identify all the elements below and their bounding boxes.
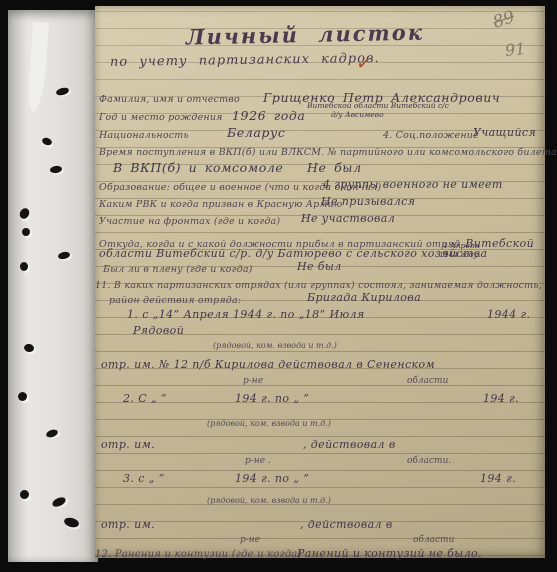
pencil-page-number: 91: [504, 39, 526, 60]
document-subtitle: по учету партизанских кадров.: [110, 51, 375, 70]
entry3-detail-post: , действовал в: [300, 518, 393, 531]
service-label-line2: район действия отряда:: [109, 295, 241, 306]
field-party-prefix: В ВКП(б) и комсомоле: [113, 160, 283, 175]
field-wounds-value: Ранений и контузий не было.: [297, 547, 482, 560]
field-birth-value: 1926 года: [232, 108, 305, 123]
entry3-period2: 194 г. по „ ”: [235, 472, 309, 485]
binding-hole: [19, 489, 30, 500]
field-name-label: Фамилия, имя и отчество: [99, 94, 240, 105]
binding-hole: [41, 137, 53, 147]
document-title: Личный листок: [175, 19, 435, 49]
red-check-mark: ✓: [356, 53, 372, 74]
binding-hole: [50, 165, 63, 174]
entry3-detail-pre: отр. им.: [101, 518, 155, 531]
binding-hole: [57, 251, 70, 260]
entry1-position-hint: (рядовой, ком. взвода и т.д.): [213, 341, 337, 350]
entry1-year: 1944 г.: [487, 308, 530, 321]
entry1-region: области: [407, 376, 448, 386]
entry2-detail-post: , действовал в: [303, 438, 396, 451]
entry2-period2: 194 г. по „ ”: [235, 392, 309, 405]
field-arrival-value2: области Витебский с/р. д/у Батюрево с се…: [99, 247, 487, 260]
field-front-value: Не участвовал: [301, 212, 395, 225]
field-social-label: 4. Соц.положение: [383, 130, 479, 141]
field-education-value: 4 группы военного не имеет: [323, 178, 503, 191]
binding-hole: [18, 392, 27, 401]
service-label-line1: 11. В каких партизанских отрядах (или гр…: [95, 280, 542, 291]
entry1-position: Рядовой: [133, 324, 184, 337]
binding-hole: [23, 343, 34, 353]
document-page: Личный листок по учету партизанских кадр…: [95, 6, 545, 558]
field-birth-note2: д/у Авсимево: [331, 110, 384, 119]
entry2-position-hint: (рядовой, ком. взвода и т.д.): [207, 419, 331, 428]
entry2-period: 2. С „ ”: [123, 392, 167, 405]
entry2-detail-pre: отр. им.: [101, 438, 155, 451]
field-birth-note1: Витебской области Витебский с/с: [307, 101, 449, 110]
field-party-value: Не был: [307, 160, 362, 175]
binding-hole: [20, 262, 28, 271]
entry1-detail: отр. им. № 12 п/б Кирилова действовал в …: [101, 358, 435, 371]
entry2-district: р-не .: [245, 456, 271, 466]
field-arrival-date2: 1944 году.: [439, 250, 480, 259]
field-party-label: Время поступления в ВКП(б) или ВЛКСМ. № …: [99, 147, 557, 158]
entry1-district: р-не: [243, 376, 263, 386]
field-arrival-date1: 4 Апреля: [443, 241, 480, 250]
entry3-position-hint: (рядовой, ком. взвода и т.д.): [207, 496, 331, 505]
entry1-period: 1. с „14” Апреля 1944 г. по „18” Июля: [127, 308, 365, 321]
binding-hole: [22, 228, 30, 236]
binding-hole: [63, 516, 80, 529]
field-social-value: Учащийся: [473, 126, 536, 139]
binding-strip: [8, 10, 98, 562]
entry3-district: р-не: [240, 535, 260, 545]
binding-hole: [55, 86, 69, 96]
service-brigade-value: Бригада Кирилова: [307, 291, 421, 304]
field-draft-label: Каким РВК и когда призван в Красную Арми…: [99, 199, 342, 210]
entry3-year: 194 г.: [480, 472, 516, 485]
entry3-period: 3. с „ ”: [123, 472, 165, 485]
binding-hole: [45, 428, 59, 438]
field-captivity-value: Не был: [297, 260, 342, 273]
binding-hole: [18, 206, 31, 220]
entry2-region: области.: [407, 456, 451, 466]
field-wounds-label: 12. Ранения и контузии (где и когда): [95, 549, 302, 560]
field-nationality-value: Беларус: [227, 125, 285, 140]
field-draft-value: Не призывался: [321, 195, 415, 208]
entry2-year: 194 г.: [483, 392, 519, 405]
pencil-crossed-number: 89: [490, 7, 517, 33]
field-birth-label: Год и место рождения: [99, 112, 223, 123]
entry3-region: области: [413, 535, 454, 545]
field-nationality-label: Национальность: [99, 130, 189, 141]
torn-paper-edge: [27, 22, 49, 113]
field-front-label: Участие на фронтах (где и когда): [99, 216, 280, 227]
scanned-document-photo: Личный листок по учету партизанских кадр…: [0, 0, 557, 572]
field-captivity-label: Был ли в плену (где и когда): [103, 264, 253, 275]
binding-hole: [51, 495, 67, 508]
